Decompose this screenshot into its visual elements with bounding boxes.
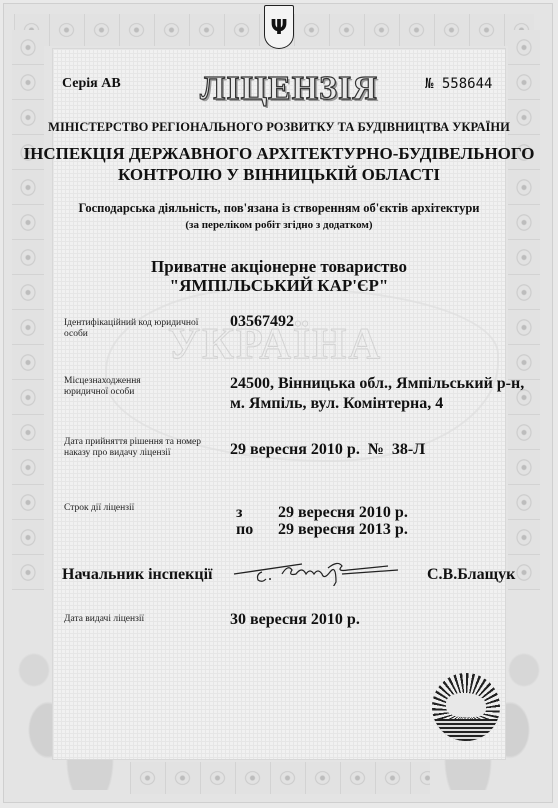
id-code-value: 03567492 <box>230 312 294 332</box>
signatory-title: Начальник інспекції <box>62 566 212 584</box>
location-value: 24500, Вінницька обл., Ямпільський р-н, … <box>230 374 524 414</box>
decision-label: Дата прийняття рішення та номер наказу п… <box>64 437 214 459</box>
issue-date-value: 30 вересня 2010 р. <box>230 610 360 630</box>
issue-date-label: Дата видачі ліцензії <box>64 614 214 625</box>
id-code-label: Ідентифікаційний код юридичної особи <box>64 318 214 340</box>
activity-note: (за переліком робіт згідно з додатком) <box>0 219 558 231</box>
location-line-1: 24500, Вінницька обл., Ямпільський р-н, <box>230 374 524 394</box>
activity-type: Господарська діяльність, пов'язана із ст… <box>0 201 558 216</box>
trident-icon: Ψ <box>264 5 294 49</box>
series-label: Серія АВ <box>62 76 121 92</box>
location-label: Місцезнаходження юридичної особи <box>64 376 174 398</box>
inspection-name: ІНСПЕКЦІЯ ДЕРЖАВНОГО АРХІТЕКТУРНО-БУДІВЕ… <box>0 143 558 185</box>
decision-value: 29 вересня 2010 р. № 38-Л <box>230 440 425 460</box>
license-number: № 558644 <box>425 76 492 92</box>
hologram-seal-icon <box>432 673 500 741</box>
term-to-date: 29 вересня 2013 р. <box>278 520 408 540</box>
company-block: Приватне акціонерне товариство "ЯМПІЛЬСЬ… <box>0 257 558 295</box>
company-type: Приватне акціонерне товариство <box>0 257 558 276</box>
ornamental-border-bottom <box>130 762 430 794</box>
ornamental-border-right <box>508 30 540 590</box>
term-label: Строк дії ліцензії <box>64 503 214 514</box>
signatory-name: С.В.Блащук <box>427 566 515 584</box>
ministry-name: МІНІСТЕРСТВО РЕГІОНАЛЬНОГО РОЗВИТКУ ТА Б… <box>0 120 558 135</box>
company-name: "ЯМПІЛЬСЬКИЙ КАР'ЄР" <box>0 276 558 295</box>
term-to-prefix: по <box>236 520 253 540</box>
hologram-text-band <box>432 719 500 741</box>
document-title: ЛІЦЕНЗІЯ <box>200 70 365 108</box>
ornamental-border-left <box>12 30 44 590</box>
handwritten-signature <box>232 552 402 586</box>
location-line-2: м. Ямпіль, вул. Комінтерна, 4 <box>230 394 524 414</box>
